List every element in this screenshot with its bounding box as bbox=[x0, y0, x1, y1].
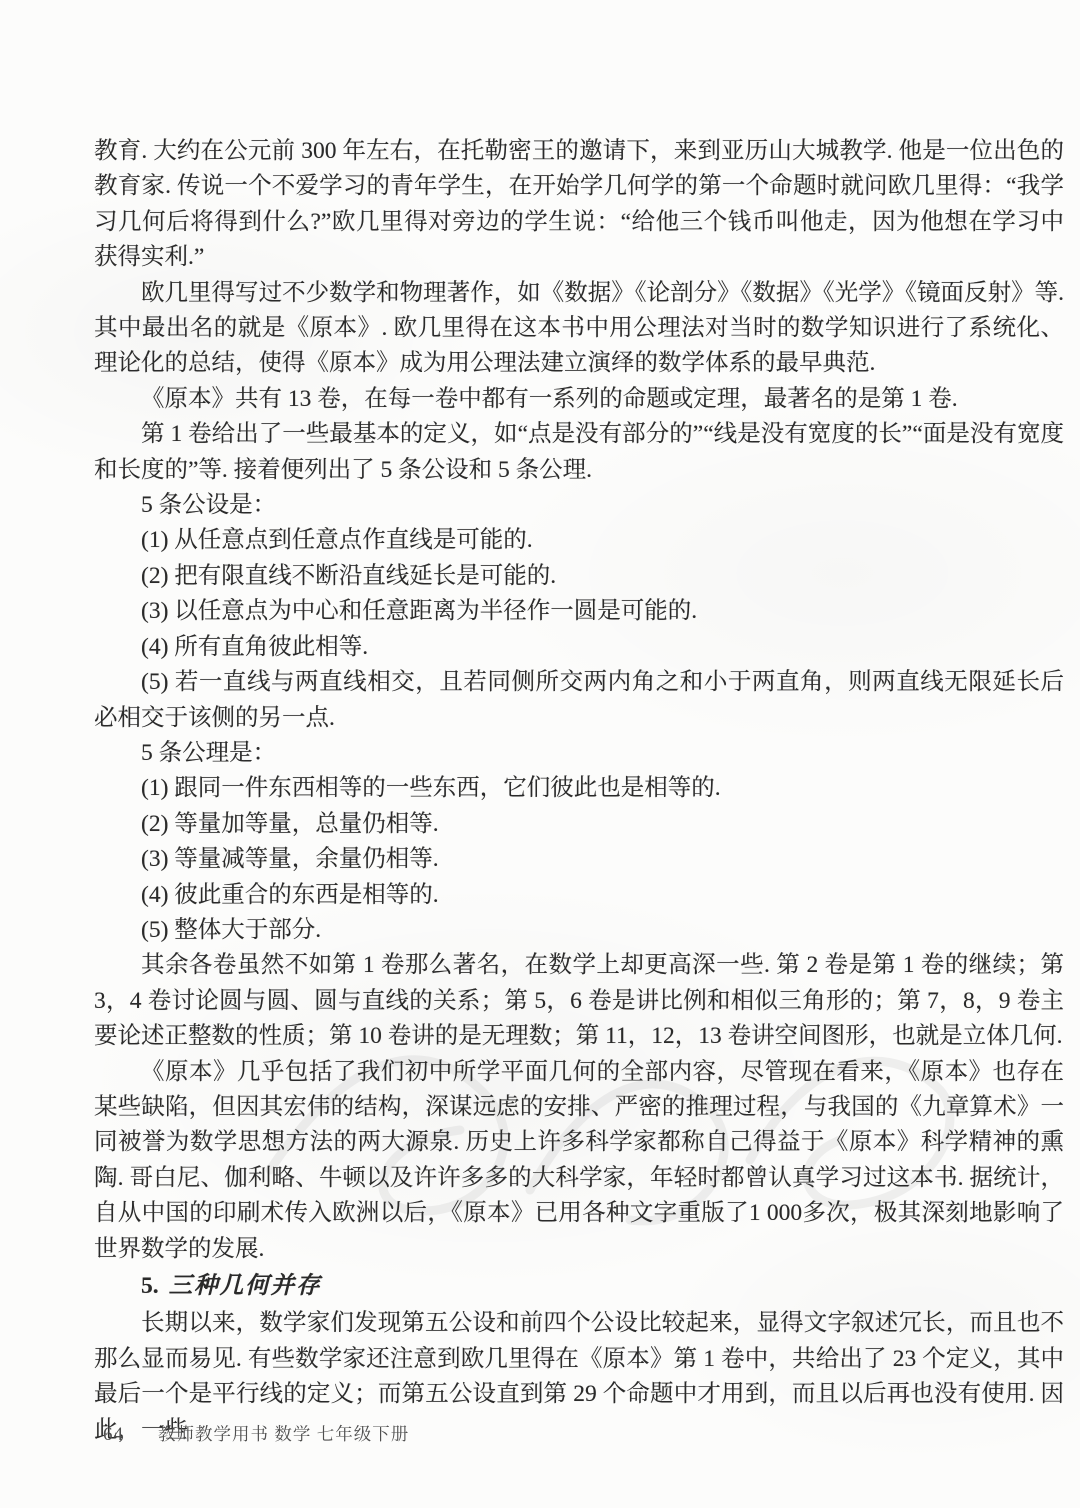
footer-book-title: 教师教学用书 数学 七年级下册 bbox=[158, 1421, 409, 1446]
section-heading-three-geometries: 5.三种几何并存 bbox=[94, 1269, 1064, 1304]
paragraph-elements-volumes: 《原本》共有 13 卷，在每一卷中都有一系列的命题或定理，最著名的是第 1 卷. bbox=[94, 382, 1064, 417]
postulate-item-3: (3) 以任意点为中心和任意距离为半径作一圆是可能的. bbox=[94, 594, 1064, 629]
axiom-item-4: (4) 彼此重合的东西是相等的. bbox=[94, 878, 1064, 913]
axiom-item-2: (2) 等量加等量，总量仍相等. bbox=[94, 807, 1064, 842]
page-body: 教育. 大约在公元前 300 年左右，在托勒密王的邀请下，来到亚历山大城教学. … bbox=[94, 134, 1064, 1448]
section-heading-number: 5. bbox=[141, 1273, 159, 1299]
postulate-item-2: (2) 把有限直线不断沿直线延长是可能的. bbox=[94, 559, 1064, 594]
paragraph-elements-influence: 《原本》几乎包括了我们初中所学平面几何的全部内容，尽管现在看来，《原本》也存在某… bbox=[94, 1055, 1064, 1267]
axiom-item-1: (1) 跟同一件东西相等的一些东西，它们彼此也是相等的. bbox=[94, 771, 1064, 806]
postulates-label: 5 条公设是： bbox=[94, 488, 1064, 523]
paragraph-euclid-works: 欧几里得写过不少数学和物理著作，如《数据》《论剖分》《数据》《光学》《镜面反射》… bbox=[94, 276, 1064, 382]
axiom-item-3: (3) 等量减等量，余量仍相等. bbox=[94, 842, 1064, 877]
postulate-item-5: (5) 若一直线与两直线相交，且若同侧所交两内角之和小于两直角，则两直线无限延长… bbox=[94, 665, 1064, 736]
axioms-label: 5 条公理是： bbox=[94, 736, 1064, 771]
paragraph-other-volumes: 其余各卷虽然不如第 1 卷那么著名，在数学上却更高深一些. 第 2 卷是第 1 … bbox=[94, 948, 1064, 1054]
paragraph-intro-euclid: 教育. 大约在公元前 300 年左右，在托勒密王的邀请下，来到亚历山大城教学. … bbox=[94, 134, 1064, 276]
paragraph-volume1-definitions: 第 1 卷给出了一些最基本的定义，如“点是没有部分的”“线是没有宽度的长”“面是… bbox=[94, 417, 1064, 488]
section-heading-title: 三种几何并存 bbox=[169, 1273, 322, 1299]
axiom-item-5: (5) 整体大于部分. bbox=[94, 913, 1064, 948]
page-footer: 64 教师教学用书 数学 七年级下册 bbox=[103, 1421, 409, 1446]
document-page: 教育. 大约在公元前 300 年左右，在托勒密王的邀请下，来到亚历山大城教学. … bbox=[0, 0, 1080, 1508]
postulate-item-4: (4) 所有直角彼此相等. bbox=[94, 630, 1064, 665]
footer-page-number: 64 bbox=[103, 1424, 124, 1446]
postulate-item-1: (1) 从任意点到任意点作直线是可能的. bbox=[94, 523, 1064, 558]
